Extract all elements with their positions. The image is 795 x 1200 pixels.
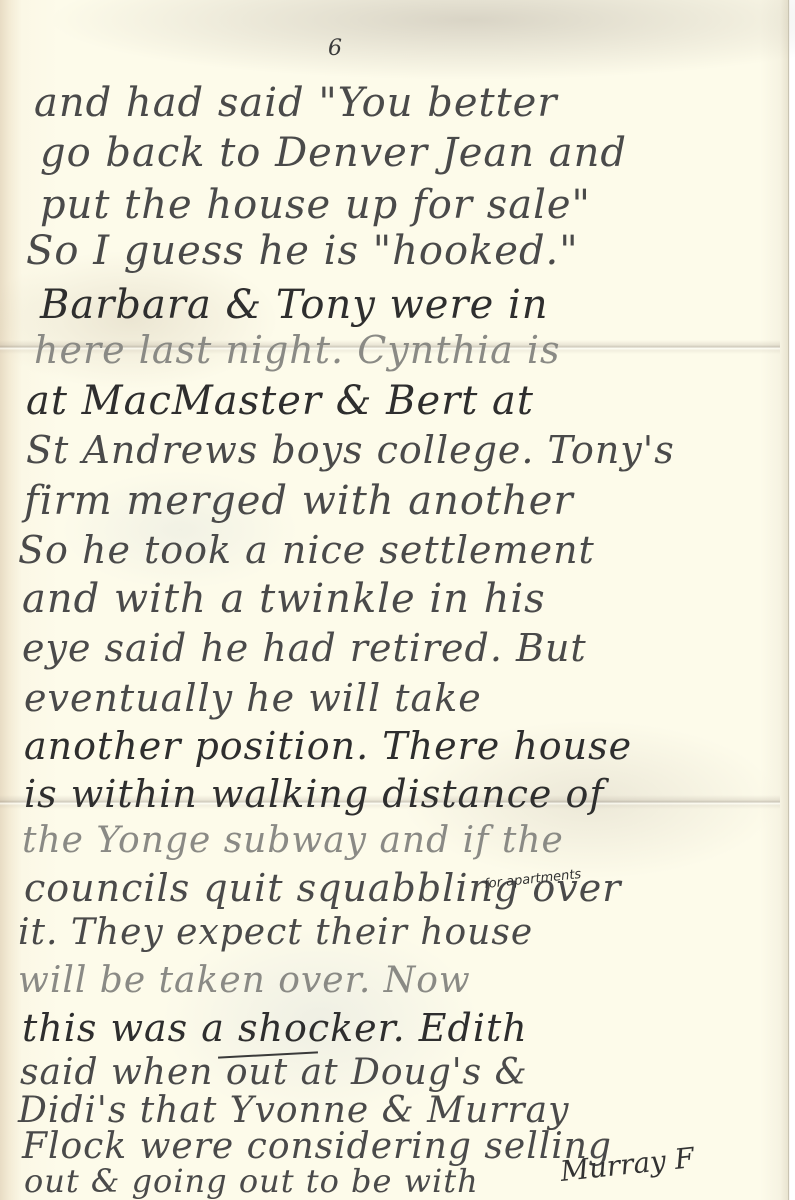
letter-line: eventually he will take <box>24 676 482 720</box>
letter-line: Barbara & Tony were in <box>40 282 549 328</box>
letter-line: go back to Denver Jean and <box>40 130 627 176</box>
letter-line: will be taken over. Now <box>18 960 471 1001</box>
letter-line: another position. There house <box>24 724 632 768</box>
letter-line: out & going out to be with <box>24 1162 479 1200</box>
letter-line: eye said he had retired. But <box>22 626 587 670</box>
letter-line: and with a twinkle in his <box>22 576 546 622</box>
letter-line: So he took a nice settlement <box>18 528 595 572</box>
paper-edge <box>788 0 789 1200</box>
letter-line: it. They expect their house <box>18 912 533 953</box>
letter-line: at MacMaster & Bert at <box>26 378 534 424</box>
letter-page: 6 and had said "You better go back to De… <box>0 0 795 1200</box>
letter-line: St Andrews boys college. Tony's <box>26 428 675 472</box>
letter-line: put the house up for sale" <box>40 182 591 228</box>
letter-line: So I guess he is "hooked." <box>26 228 579 274</box>
letter-line: and had said "You better <box>34 80 557 126</box>
letter-line: the Yonge subway and if the <box>22 820 564 861</box>
letter-line: Didi's that Yvonne & Murray <box>18 1090 569 1131</box>
letter-line: firm merged with another <box>24 478 574 524</box>
letter-line: Flock were considering selling <box>22 1126 612 1167</box>
letter-line: is within walking distance of <box>24 772 604 816</box>
page-number: 6 <box>328 36 342 61</box>
letter-line: here last night. Cynthia is <box>34 328 561 372</box>
letter-line: said when out at Doug's & <box>20 1052 528 1093</box>
letter-line: this was a shocker. Edith <box>22 1006 528 1050</box>
